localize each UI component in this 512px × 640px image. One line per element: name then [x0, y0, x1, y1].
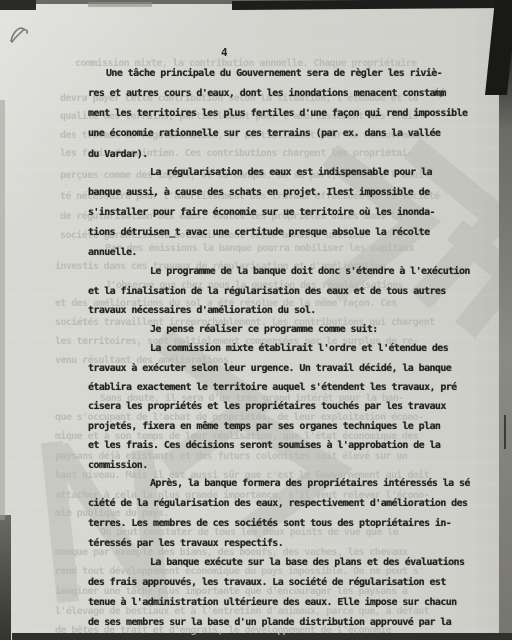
- typed-line: banque aussi, à cause des schats en proj…: [88, 187, 430, 199]
- typed-line: travaux à exécuter selon leur urgence. U…: [88, 363, 451, 375]
- typed-line: projetés, fixera en même temps par ses o…: [88, 421, 440, 433]
- typed-line: annuelle.: [88, 247, 137, 259]
- scan-right-scratch: [504, 415, 506, 449]
- typed-line: une économie rationnelle sur ces terrain…: [88, 128, 440, 140]
- typed-line: Après, la banque formera des propriétair…: [150, 478, 470, 490]
- scanned-document-page: 4 ij commission mixte, la contribution a…: [0, 0, 512, 640]
- typed-line: commission.: [88, 460, 148, 472]
- typed-line: ment les territoires les plus fertiles d…: [88, 108, 467, 120]
- typed-line: ciété de la régularisation des eaux, res…: [88, 498, 467, 510]
- scan-smudge-top: [88, 2, 152, 7]
- scan-edge-bottom-left: [0, 515, 11, 640]
- typed-line: terres. Les membres de ces sociétés sont…: [88, 518, 451, 530]
- typed-line: tenue à l'administration ultérieure des …: [88, 597, 457, 609]
- typed-line: Je pense réaliser ce programme comme sui…: [150, 324, 378, 336]
- typed-line: et la finalisation de la régularisation …: [88, 286, 446, 298]
- pencil-mark: [8, 24, 36, 48]
- typed-line: cisera les propriétés et les propriétair…: [88, 401, 446, 413]
- typed-line: tions détruisen_t avac une certitude pre…: [88, 227, 430, 239]
- typed-line: s'installer pour faire économie sur ue t…: [88, 207, 435, 219]
- scan-edge-right: [499, 0, 512, 640]
- typed-line: La banque exécute sur la base des plans …: [150, 557, 464, 569]
- typed-line: et les frais. Ces décisions seront soumi…: [88, 440, 440, 452]
- scan-edge-top-left-blob: [0, 0, 36, 10]
- typed-line: La commission mixte établirait l'ordre e…: [150, 343, 448, 355]
- typed-line: du Vardar).: [88, 149, 148, 161]
- typed-line: Le programme de la banque doit donc s'ét…: [150, 266, 470, 278]
- typed-line: établira exactement le territoire auquel…: [88, 382, 457, 394]
- ghost-line: Par des émissions la banque pourra mobil…: [105, 243, 414, 255]
- typed-line: téressés par les travaux respectifs.: [88, 538, 283, 550]
- typed-line: de ses membres sur la base d'un plande d…: [88, 617, 451, 629]
- scan-edge-left-strip: [0, 100, 5, 520]
- typed-line: Une tâche principale du Gouvernement ser…: [106, 68, 442, 80]
- typed-line: La régularisation des eaux est indispens…: [150, 167, 432, 179]
- typed-line: res et autres cours d'eaux, dont les ino…: [88, 88, 446, 100]
- typed-line: des frais approuvés, les travaux. La soc…: [88, 577, 446, 589]
- typed-line: travaux nécessaires d'amélioration du so…: [88, 305, 316, 317]
